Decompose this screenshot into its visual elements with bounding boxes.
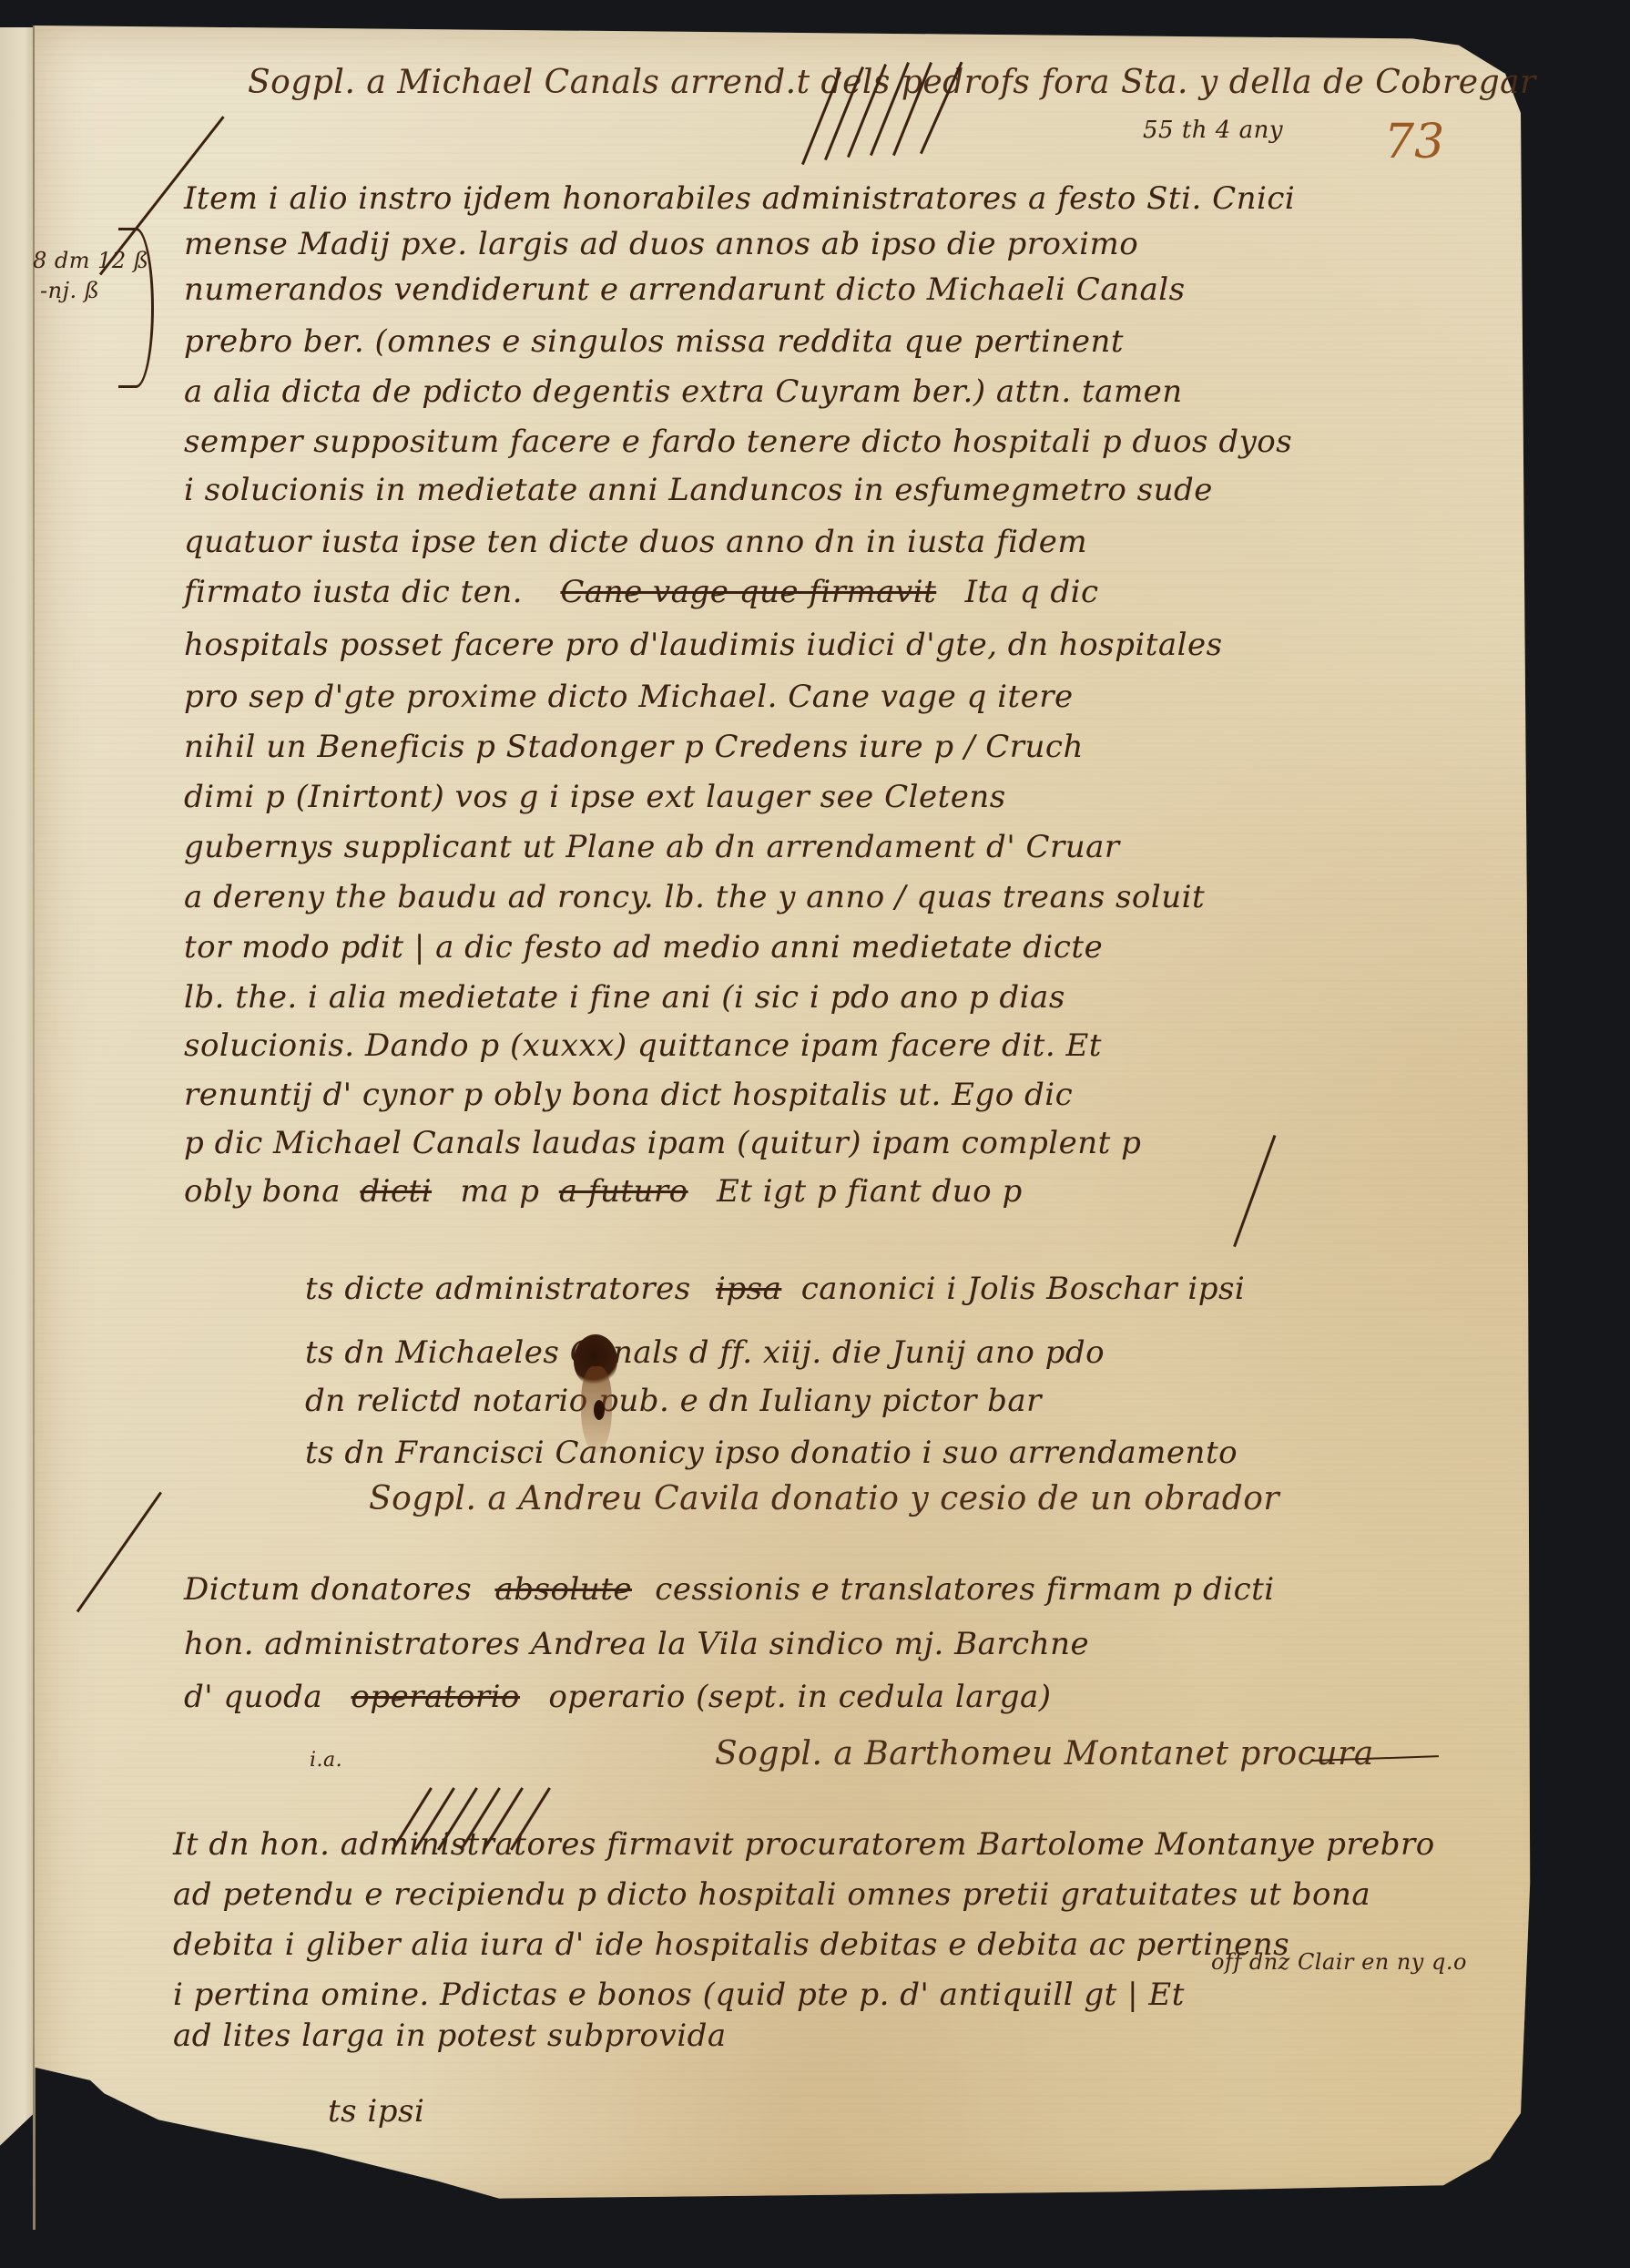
text-line: dimi p (Inirtont) vos g i ipse ext lauge… xyxy=(184,779,1006,815)
text-line: quatuor iusta ipse ten dicte duos anno d… xyxy=(184,524,1087,560)
struck-text: ipsa xyxy=(716,1271,781,1307)
witness-line: ts dn Michaeles Canals d ff. xiij. die J… xyxy=(305,1334,1105,1371)
text-line: pro sep d'gte proxime dicto Michael. Can… xyxy=(184,679,1074,715)
text-line: p dic Michael Canals laudas ipam (quitur… xyxy=(184,1125,1141,1161)
margin-note-2: -nj. ß xyxy=(40,278,99,303)
text-line: lb. the. i alia medietate i fine ani (i … xyxy=(184,979,1065,1016)
line-text: firmato iusta dic ten. xyxy=(184,574,523,610)
interlinear-insertion: off dnz Clair en ny q.o xyxy=(1211,1949,1467,1975)
text-line: prebro ber. (omnes e singulos missa redd… xyxy=(184,323,1124,360)
section-note-heading: Sogpl. a Barthomeu Montanet procura xyxy=(715,1735,1374,1773)
text-line-with-strikethrough: firmato iusta dic ten. Cane vage que fir… xyxy=(184,574,1099,610)
text-line: nihil un Beneficis p Stadonger p Credens… xyxy=(184,729,1084,765)
text-line: ad lites larga in potest subprovida xyxy=(173,2018,727,2054)
text-line-with-strikethrough: obly bona dicti ma p a futuro Et igt p f… xyxy=(184,1173,1023,1210)
struck-text: absolute xyxy=(494,1571,632,1608)
line-tail: Ita q dic xyxy=(965,574,1099,610)
text-line: tor modo pdit | a dic festo ad medio ann… xyxy=(184,929,1103,965)
text-line: gubernys supplicant ut Plane ab dn arren… xyxy=(184,829,1120,865)
text-line-with-strikethrough: Dictum donatores absolute cessionis e tr… xyxy=(184,1571,1275,1608)
text-line: renuntij d' cynor p obly bona dict hospi… xyxy=(184,1077,1073,1113)
text-line: It dn hon. administratores firmavit proc… xyxy=(173,1826,1435,1863)
adjacent-page-edge xyxy=(0,27,35,2222)
section-note-heading: Sogpl. a Andreu Cavila donatio y cesio d… xyxy=(369,1480,1279,1517)
line-text: ts dicte administratores xyxy=(305,1271,691,1307)
witness-line: dn relictd notario pub. e dn Iuliany pic… xyxy=(305,1383,1042,1419)
line-tail: operario (sept. in cedula larga) xyxy=(548,1679,1051,1715)
text-line: solucionis. Dando p (xuxxx) quittance ip… xyxy=(184,1027,1102,1064)
text-line: a dereny the baudu ad roncy. lb. the y a… xyxy=(184,879,1205,915)
text-line: i pertina omine. Pdictas e bonos (quid p… xyxy=(173,1977,1185,2013)
ink-dot xyxy=(594,1400,605,1420)
header-note-subline: 55 th 4 any xyxy=(1143,117,1283,144)
struck-text: dicti xyxy=(360,1173,432,1210)
header-note: Sogpl. a Michael Canals arrend.t dels pe… xyxy=(248,64,1536,101)
line-mid: ma p xyxy=(460,1173,539,1210)
note-prefix: i.a. xyxy=(310,1749,342,1772)
line-tail: canonici i Jolis Boschar ipsi xyxy=(801,1271,1246,1307)
struck-text: Cane vage que firmavit xyxy=(560,574,936,610)
closing-line: ts ipsi xyxy=(328,2093,424,2130)
text-line: i solucionis in medietate anni Landuncos… xyxy=(184,472,1213,508)
text-line: mense Madij pxe. largis ad duos annos ab… xyxy=(184,226,1138,262)
text-line: debita i gliber alia iura d' ide hospita… xyxy=(173,1926,1289,1963)
text-line-with-strikethrough: d' quoda operatorio operario (sept. in c… xyxy=(184,1679,1052,1715)
line-text: obly bona xyxy=(184,1173,341,1210)
line-text: Dictum donatores xyxy=(184,1571,472,1608)
margin-bracket xyxy=(118,228,154,388)
text-line: numerandos vendiderunt e arrendarunt dic… xyxy=(184,271,1186,308)
text-line: hon. administratores Andrea la Vila sind… xyxy=(184,1626,1089,1662)
line-tail: Et igt p fiant duo p xyxy=(717,1173,1023,1210)
witness-line: ts dn Francisci Canonicy ipso donatio i … xyxy=(305,1435,1238,1471)
text-line: semper suppositum facere e fardo tenere … xyxy=(184,424,1292,460)
text-line: hospitals posset facere pro d'laudimis i… xyxy=(184,627,1223,663)
witness-line: ts dicte administratores ipsa canonici i… xyxy=(305,1271,1245,1307)
text-line: a alia dicta de pdicto degentis extra Cu… xyxy=(184,373,1183,410)
folio-number: 73 xyxy=(1384,115,1444,169)
struck-text: a futuro xyxy=(559,1173,688,1210)
struck-text: operatorio xyxy=(351,1679,520,1715)
text-line: Item i alio instro ijdem honorabiles adm… xyxy=(184,180,1295,217)
line-text: d' quoda xyxy=(184,1679,322,1715)
text-line: ad petendu e recipiendu p dicto hospital… xyxy=(173,1876,1370,1913)
line-tail: cessionis e translatores firmam p dicti xyxy=(655,1571,1274,1608)
